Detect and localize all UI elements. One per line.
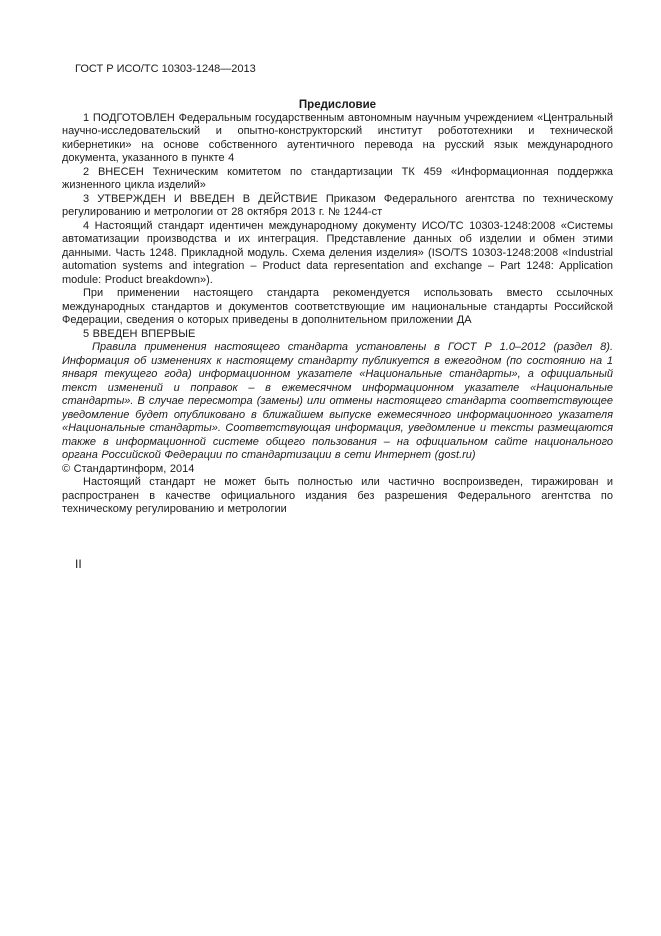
foreword-item-4: 4 Настоящий стандарт идентичен междунаро… xyxy=(62,220,613,288)
application-rules-note: Правила применения настоящего стандарта … xyxy=(62,341,613,463)
page-number: II xyxy=(75,557,613,571)
document-page: ГОСТ Р ИСО/ТС 10303-1248—2013 Предислови… xyxy=(0,0,661,936)
copyright-notice: © Стандартинформ, 2014 xyxy=(62,463,613,477)
foreword-item-1: 1 ПОДГОТОВЛЕН Федеральным государственны… xyxy=(62,112,613,166)
foreword-item-4-continuation: При применении настоящего стандарта реко… xyxy=(62,287,613,328)
foreword-item-3: 3 УТВЕРЖДЕН И ВВЕДЕН В ДЕЙСТВИЕ Приказом… xyxy=(62,193,613,220)
reproduction-restriction: Настоящий стандарт не может быть полност… xyxy=(62,476,613,517)
foreword-item-5: 5 ВВЕДЕН ВПЕРВЫЕ xyxy=(62,328,613,342)
running-header: ГОСТ Р ИСО/ТС 10303-1248—2013 xyxy=(75,63,613,77)
page-title: Предисловие xyxy=(62,98,613,112)
foreword-item-2: 2 ВНЕСЕН Техническим комитетом по станда… xyxy=(62,166,613,193)
